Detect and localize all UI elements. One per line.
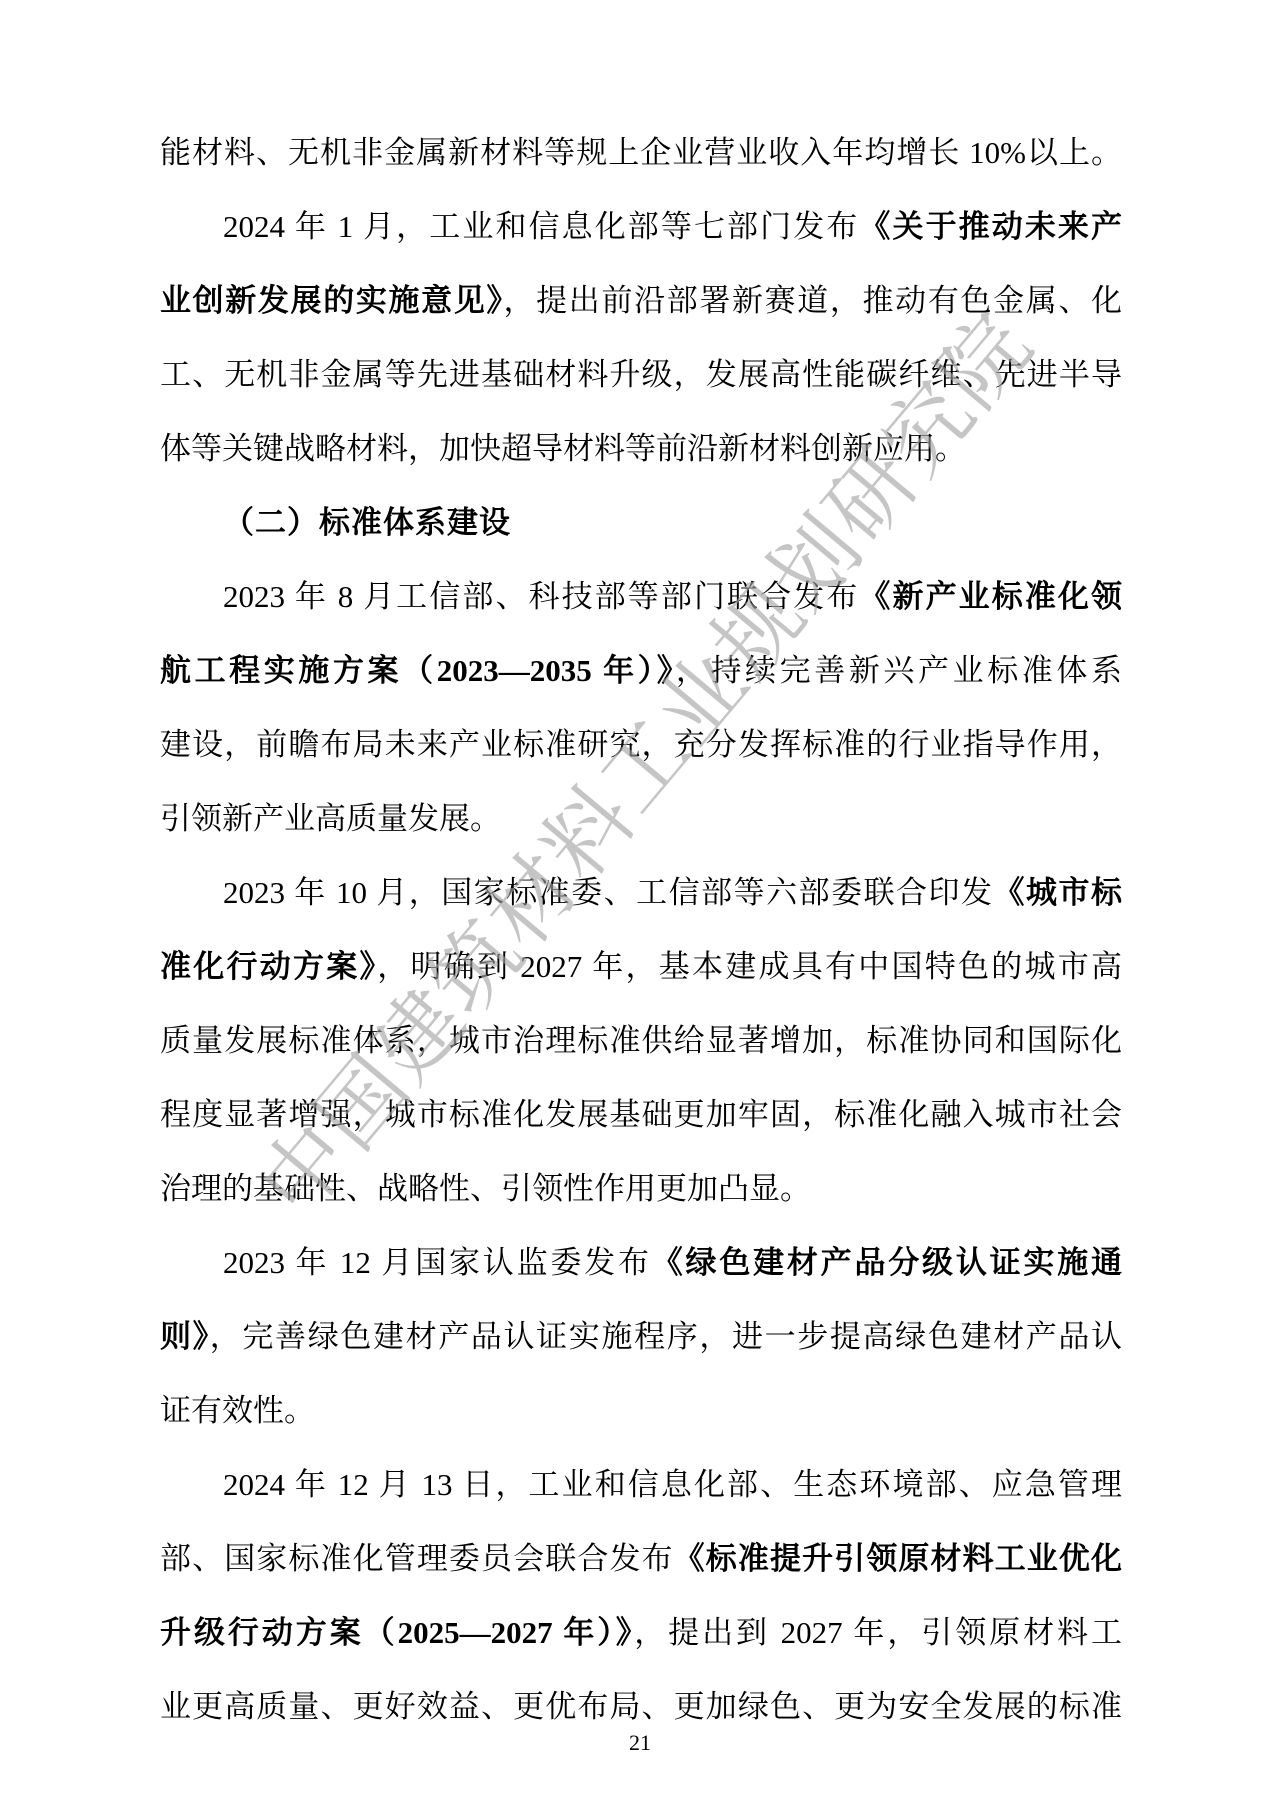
text-line: 引领新产业高质量发展。 [160, 782, 1122, 856]
bold-text-segment: 《绿色建材产品分级认证实施通 [652, 1245, 1122, 1280]
bold-text-segment: 业创新发展的实施意见》 [160, 283, 504, 318]
bold-text-segment: （二）标准体系建设 [223, 505, 511, 540]
text-line: 航工程实施方案（2023—2035 年）》，持续完善新兴产业标准体系 [160, 634, 1122, 708]
text-line: 升级行动方案（2025—2027 年）》，提出到 2027 年，引领原材料工 [160, 1596, 1122, 1670]
text-line: 准化行动方案》，明确到 2027 年，基本建成具有中国特色的城市高 [160, 930, 1122, 1004]
text-line: 业创新发展的实施意见》，提出前沿部署新赛道，推动有色金属、化 [160, 264, 1122, 338]
document-page: 能材料、无机非金属新材料等规上企业营业收入年均增长 10%以上。2024 年 1… [0, 0, 1280, 1809]
text-segment: ，提出前沿部署新赛道，推动有色金属、化 [504, 283, 1122, 318]
text-line: 治理的基础性、战略性、引领性作用更加凸显。 [160, 1152, 1122, 1226]
text-line: 部、国家标准化管理委员会联合发布《标准提升引领原材料工业优化 [160, 1522, 1122, 1596]
text-line: 体等关键战略材料，加快超导材料等前沿新材料创新应用。 [160, 412, 1122, 486]
text-line: 则》，完善绿色建材产品认证实施程序，进一步提高绿色建材产品认 [160, 1300, 1122, 1374]
text-segment: ，提出到 2027 年，引领原材料工 [634, 1615, 1122, 1650]
bold-text-segment: 《城市标 [994, 875, 1122, 910]
text-line: 2024 年 1 月，工业和信息化部等七部门发布《关于推动未来产 [160, 190, 1122, 264]
document-body: 能材料、无机非金属新材料等规上企业营业收入年均增长 10%以上。2024 年 1… [160, 116, 1122, 1744]
text-segment: 2024 年 1 月，工业和信息化部等七部门发布 [223, 209, 859, 244]
text-line: 工、无机非金属等先进基础材料升级，发展高性能碳纤维、先进半导 [160, 338, 1122, 412]
bold-text-segment: 《标准提升引领原材料工业优化 [674, 1541, 1122, 1576]
text-segment: 2023 年 10 月，国家标准委、工信部等六部委联合印发 [223, 875, 994, 910]
text-line: 质量发展标准体系，城市治理标准供给显著增加，标准协同和国际化 [160, 1004, 1122, 1078]
text-line: 建设，前瞻布局未来产业标准研究，充分发挥标准的行业指导作用， [160, 708, 1122, 782]
text-segment: 能材料、无机非金属新材料等规上企业营业收入年均增长 10%以上。 [160, 135, 1122, 170]
text-line: 证有效性。 [160, 1374, 1122, 1448]
section-heading: （二）标准体系建设 [160, 486, 1122, 560]
bold-text-segment: 升级行动方案（2025—2027 年）》 [160, 1615, 634, 1650]
text-segment: 引领新产业高质量发展。 [160, 801, 501, 836]
bold-text-segment: 准化行动方案》 [160, 949, 377, 984]
bold-text-segment: 则》 [160, 1319, 210, 1354]
text-segment: 工、无机非金属等先进基础材料升级，发展高性能碳纤维、先进半导 [160, 357, 1122, 392]
text-line: 2023 年 8 月工信部、科技部等部门联合发布《新产业标准化领 [160, 560, 1122, 634]
page-number: 21 [0, 1730, 1280, 1756]
text-segment: 程度显著增强，城市标准化发展基础更加牢固，标准化融入城市社会 [160, 1097, 1122, 1132]
bold-text-segment: 航工程实施方案（2023—2035 年）》 [160, 653, 676, 688]
bold-text-segment: 《新产业标准化领 [859, 579, 1122, 614]
text-segment: 2023 年 12 月国家认监委发布 [223, 1245, 652, 1280]
text-segment: 治理的基础性、战略性、引领性作用更加凸显。 [160, 1171, 811, 1206]
text-line: 2024 年 12 月 13 日，工业和信息化部、生态环境部、应急管理 [160, 1448, 1122, 1522]
text-line: 2023 年 12 月国家认监委发布《绿色建材产品分级认证实施通 [160, 1226, 1122, 1300]
text-segment: 证有效性。 [160, 1393, 315, 1428]
text-segment: ，持续完善新兴产业标准体系 [676, 653, 1122, 688]
text-segment: 质量发展标准体系，城市治理标准供给显著增加，标准协同和国际化 [160, 1023, 1122, 1058]
text-segment: 业更高质量、更好效益、更优布局、更加绿色、更为安全发展的标准 [160, 1689, 1122, 1724]
text-segment: 建设，前瞻布局未来产业标准研究，充分发挥标准的行业指导作用， [160, 727, 1122, 762]
text-segment: 2024 年 12 月 13 日，工业和信息化部、生态环境部、应急管理 [223, 1467, 1122, 1502]
bold-text-segment: 《关于推动未来产 [859, 209, 1122, 244]
text-segment: 2023 年 8 月工信部、科技部等部门联合发布 [223, 579, 859, 614]
text-line: 程度显著增强，城市标准化发展基础更加牢固，标准化融入城市社会 [160, 1078, 1122, 1152]
text-segment: 体等关键战略材料，加快超导材料等前沿新材料创新应用。 [160, 431, 966, 466]
text-line: 能材料、无机非金属新材料等规上企业营业收入年均增长 10%以上。 [160, 116, 1122, 190]
text-segment: ，明确到 2027 年，基本建成具有中国特色的城市高 [377, 949, 1122, 984]
text-segment: 部、国家标准化管理委员会联合发布 [160, 1541, 674, 1576]
text-segment: ，完善绿色建材产品认证实施程序，进一步提高绿色建材产品认 [210, 1319, 1122, 1354]
text-line: 2023 年 10 月，国家标准委、工信部等六部委联合印发《城市标 [160, 856, 1122, 930]
